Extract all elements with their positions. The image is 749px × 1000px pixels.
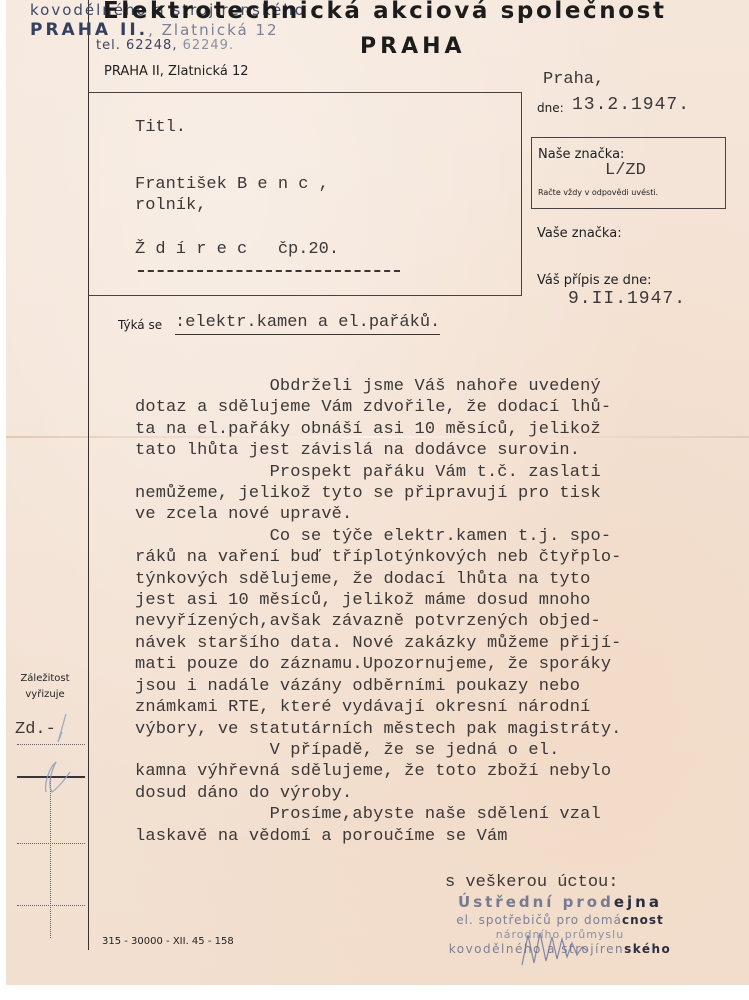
body-line: V případě, že se jedná o el. — [135, 740, 749, 761]
body-line: dotaz a sdělujeme Vám zdvořile, že dodac… — [135, 397, 749, 418]
body-line: ve zcela nové upravě. — [135, 504, 749, 525]
body-line: laskavě na vědomí a poroučíme se Vám — [135, 826, 749, 847]
stamp-line-2-dark: cnost — [622, 913, 664, 927]
body-line: Co se týče elektr.kamen t.j. spo- — [135, 526, 749, 547]
stamp-line-1-light: Ústřední prod — [458, 893, 614, 911]
margin-dotted-vertical — [50, 778, 51, 938]
company-address: PRAHA II, Zlatnická 12 — [104, 64, 249, 79]
recipient-place: Ž d í r e c čp.20. — [135, 240, 339, 259]
handled-by-label-2: vyřizuje — [10, 689, 80, 700]
recipient-name: František B e n c , — [135, 175, 329, 194]
your-reference-label: Vaše značka: — [537, 226, 622, 241]
body-line: jsou i nadále vázány odběrními poukazy n… — [135, 676, 749, 697]
body-line: nemůžeme, jelikož tyto se připravují pro… — [135, 483, 749, 504]
recipient-underline — [138, 270, 400, 272]
letterhead-telephone: tel. 62248, 62249. — [96, 38, 234, 53]
body-line: jest asi 10 měsíců, jelikož máme dosud m… — [135, 590, 749, 611]
company-city: PRAHA — [360, 34, 466, 59]
form-print-code: 315 - 30000 - XII. 45 - 158 — [102, 936, 234, 947]
letter-date: 13.2.1947. — [572, 95, 690, 115]
subject-label: Týká se — [118, 318, 162, 332]
body-line: kamna výhřevná sdělujeme, že toto zboží … — [135, 761, 749, 782]
body-line: Prospekt pařáku Vám t.č. zaslati — [135, 462, 749, 483]
body-line: mati pouze do záznamu.Upozornujeme, že s… — [135, 654, 749, 675]
letter-city: Praha, — [543, 70, 604, 89]
body-line: Obdrželi jsme Váš nahoře uvedený — [135, 376, 749, 397]
our-reference-label: Naše značka: — [538, 147, 624, 162]
date-label: dne: — [537, 101, 564, 115]
letter-body: Obdrželi jsme Váš nahoře uvedenýdotaz a … — [135, 376, 749, 847]
pencil-mark — [36, 712, 76, 797]
body-line: ráků na vaření buď tříplotýnkových neb č… — [135, 547, 749, 568]
our-reference-note: Račte vždy v odpovědi uvésti. — [538, 188, 658, 197]
subject-value: :elektr.kamen a el.pařáků. — [175, 313, 440, 335]
handled-by-label-1: Záležitost — [10, 673, 80, 684]
body-line: dosud dáno do výroby. — [135, 783, 749, 804]
signature-scribble — [520, 925, 590, 973]
body-line: tato lhůta jest závislá na dodávce surov… — [135, 440, 749, 461]
margin-dotted-rule-2 — [17, 843, 85, 844]
body-line: týnkových sdělujeme, že dodací lhůta na … — [135, 569, 749, 590]
recipient-salutation: Titl. — [135, 118, 186, 137]
body-line: výbory, ve statutárních městech pak magi… — [135, 719, 749, 740]
stamp-line-1-dark: ejna — [614, 893, 662, 911]
stamp-line-4-dark: ského — [624, 942, 671, 956]
your-letter-label: Váš přípis ze dne: — [537, 273, 652, 288]
our-reference-value: L/ZD — [605, 161, 646, 180]
stamp-line-1: Ústřední prodejna — [400, 893, 720, 911]
body-line: nevyřízených,avšak závazně potvrzených o… — [135, 611, 749, 632]
recipient-occupation: rolník, — [135, 196, 206, 215]
company-name: Elektrotechnická akciová společnost — [103, 0, 667, 24]
body-line: ta na el.pařáky obnáší asi 10 měsíců, je… — [135, 419, 749, 440]
margin-dotted-rule-3 — [17, 905, 85, 906]
closing-greeting: s veškerou úctou: — [445, 873, 618, 892]
body-line: návek staršího data. Nové zakázky můžeme… — [135, 633, 749, 654]
telephone-number: tel. 62248, — [96, 38, 177, 53]
your-letter-date: 9.II.1947. — [568, 289, 686, 309]
body-line: Prosíme,abyste naše sdělení vzal — [135, 804, 749, 825]
body-line: známkami RTE, které vydávají okresní nár… — [135, 697, 749, 718]
telephone-number-2: 62249. — [177, 38, 234, 53]
